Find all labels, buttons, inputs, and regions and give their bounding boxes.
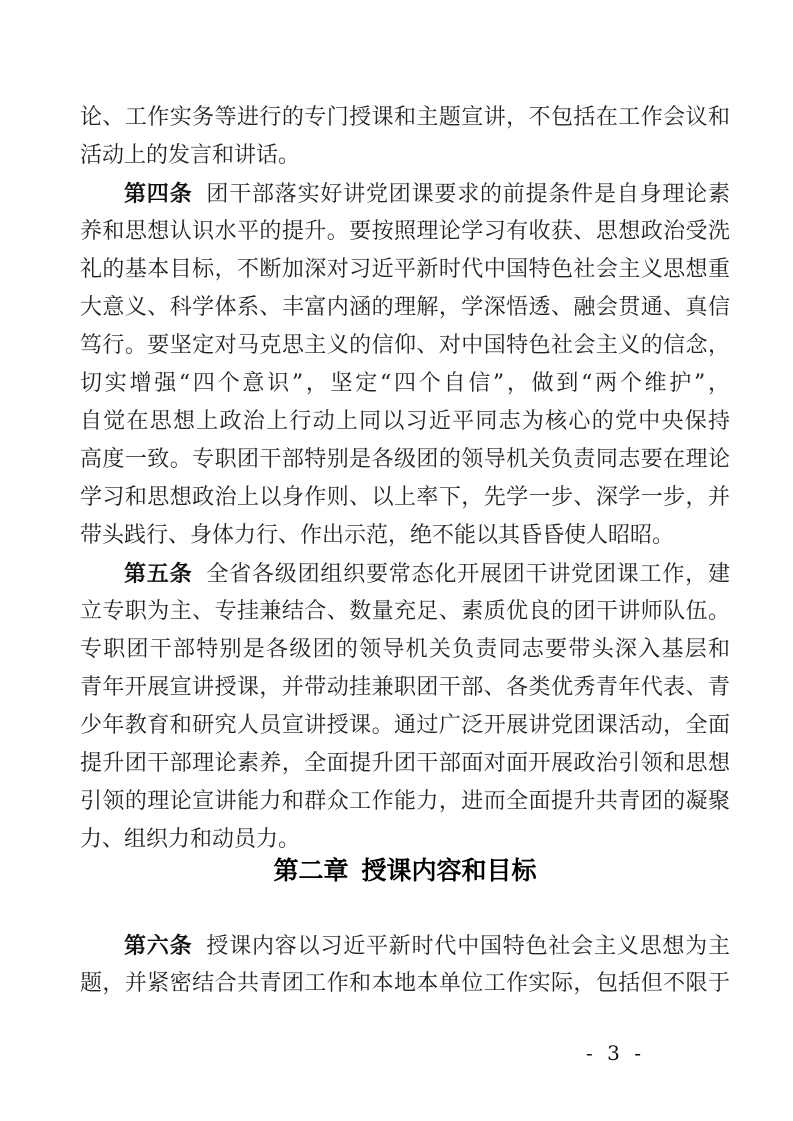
page-number: - 3 - [586, 1041, 645, 1065]
body-line: 大意义、科学体系、丰富内涵的理解，学深悟透、融会贯通、真信 [80, 289, 730, 327]
body-line: 立专职为主、专挂兼结合、数量充足、素质优良的团干讲师队伍。 [80, 593, 730, 631]
body-line: 第四条团干部落实好讲党团课要求的前提条件是自身理论素 [80, 175, 730, 213]
line-text: 礼的基本目标，不断加深对习近平新时代中国特色社会主义思想重 [80, 257, 730, 282]
line-text: 提升团干部理论素养，全面提升团干部面对面开展政治引领和思想 [80, 751, 730, 776]
body-line: 引领的理论宣讲能力和群众工作能力，进而全面提升共青团的凝聚 [80, 783, 730, 821]
body-line: 专职团干部特别是各级团的领导机关负责同志要带头深入基层和 [80, 631, 730, 669]
line-text: 活动上的发言和讲话。 [80, 143, 300, 168]
body-line: 自觉在思想上政治上行动上同以习近平同志为核心的党中央保持 [80, 403, 730, 441]
body-line: 论、工作实务等进行的专门授课和主题宣讲，不包括在工作会议和 [80, 99, 730, 137]
body-line: 第五条全省各级团组织要常态化开展团干讲党团课工作，建 [80, 555, 730, 593]
line-text: 题，并紧密结合共青团工作和本地本单位工作实际，包括但不限于 [80, 971, 730, 996]
body-line: 切实增强“四个意识”，坚定“四个自信”，做到“两个维护”， [80, 365, 730, 403]
body-line: 带头践行、身体力行、作出示范，绝不能以其昏昏使人昭昭。 [80, 517, 730, 555]
line-text: 授课内容以习近平新时代中国特色社会主义思想为主 [206, 934, 730, 959]
chapter-number: 第二章 [273, 856, 348, 885]
line-text: 引领的理论宣讲能力和群众工作能力，进而全面提升共青团的凝聚 [80, 789, 730, 814]
line-text: 切实增强“四个意识”，坚定“四个自信”，做到“两个维护”， [80, 371, 730, 396]
line-text: 团干部落实好讲党团课要求的前提条件是自身理论素 [206, 182, 730, 207]
body-line: 活动上的发言和讲话。 [80, 137, 730, 175]
article-number: 第五条 [124, 561, 192, 587]
body-line: 高度一致。专职团干部特别是各级团的领导机关负责同志要在理论 [80, 441, 730, 479]
line-text: 大意义、科学体系、丰富内涵的理解，学深悟透、融会贯通、真信 [80, 295, 730, 320]
line-text: 养和思想认识水平的提升。要按照理论学习有收获、思想政治受洗 [80, 219, 730, 244]
line-text: 论、工作实务等进行的专门授课和主题宣讲，不包括在工作会议和 [80, 105, 730, 130]
line-text: 笃行。要坚定对马克思主义的信仰、对中国特色社会主义的信念， [80, 333, 730, 358]
body-line: 学习和思想政治上以身作则、以上率下，先学一步、深学一步，并 [80, 479, 730, 517]
body-line: 第六条授课内容以习近平新时代中国特色社会主义思想为主 [80, 927, 730, 965]
line-text: 少年教育和研究人员宣讲授课。通过广泛开展讲党团课活动，全面 [80, 713, 730, 738]
chapter-title: 授课内容和目标 [362, 856, 537, 885]
line-text: 专职团干部特别是各级团的领导机关负责同志要带头深入基层和 [80, 637, 730, 662]
article-number: 第六条 [124, 933, 192, 959]
line-text: 立专职为主、专挂兼结合、数量充足、素质优良的团干讲师队伍。 [80, 599, 730, 624]
article-number: 第四条 [124, 181, 192, 207]
line-text: 学习和思想政治上以身作则、以上率下，先学一步、深学一步，并 [80, 485, 730, 510]
line-text: 青年开展宣讲授课，并带动挂兼职团干部、各类优秀青年代表、青 [80, 675, 730, 700]
body-line: 青年开展宣讲授课，并带动挂兼职团干部、各类优秀青年代表、青 [80, 669, 730, 707]
body-line: 养和思想认识水平的提升。要按照理论学习有收获、思想政治受洗 [80, 213, 730, 251]
line-text: 带头践行、身体力行、作出示范，绝不能以其昏昏使人昭昭。 [80, 523, 674, 548]
line-text: 自觉在思想上政治上行动上同以习近平同志为核心的党中央保持 [80, 409, 730, 434]
text-block: 论、工作实务等进行的专门授课和主题宣讲，不包括在工作会议和 活动上的发言和讲话。… [80, 99, 730, 1003]
document-page: 论、工作实务等进行的专门授课和主题宣讲，不包括在工作会议和 活动上的发言和讲话。… [0, 0, 793, 1121]
body-line: 笃行。要坚定对马克思主义的信仰、对中国特色社会主义的信念， [80, 327, 730, 365]
body-line: 少年教育和研究人员宣讲授课。通过广泛开展讲党团课活动，全面 [80, 707, 730, 745]
body-line: 题，并紧密结合共青团工作和本地本单位工作实际，包括但不限于 [80, 965, 730, 1003]
body-line: 礼的基本目标，不断加深对习近平新时代中国特色社会主义思想重 [80, 251, 730, 289]
line-text: 全省各级团组织要常态化开展团干讲党团课工作，建 [206, 562, 730, 587]
body-line: 提升团干部理论素养，全面提升团干部面对面开展政治引领和思想 [80, 745, 730, 783]
line-text: 力、组织力和动员力。 [80, 827, 300, 852]
line-text: 高度一致。专职团干部特别是各级团的领导机关负责同志要在理论 [80, 447, 730, 472]
